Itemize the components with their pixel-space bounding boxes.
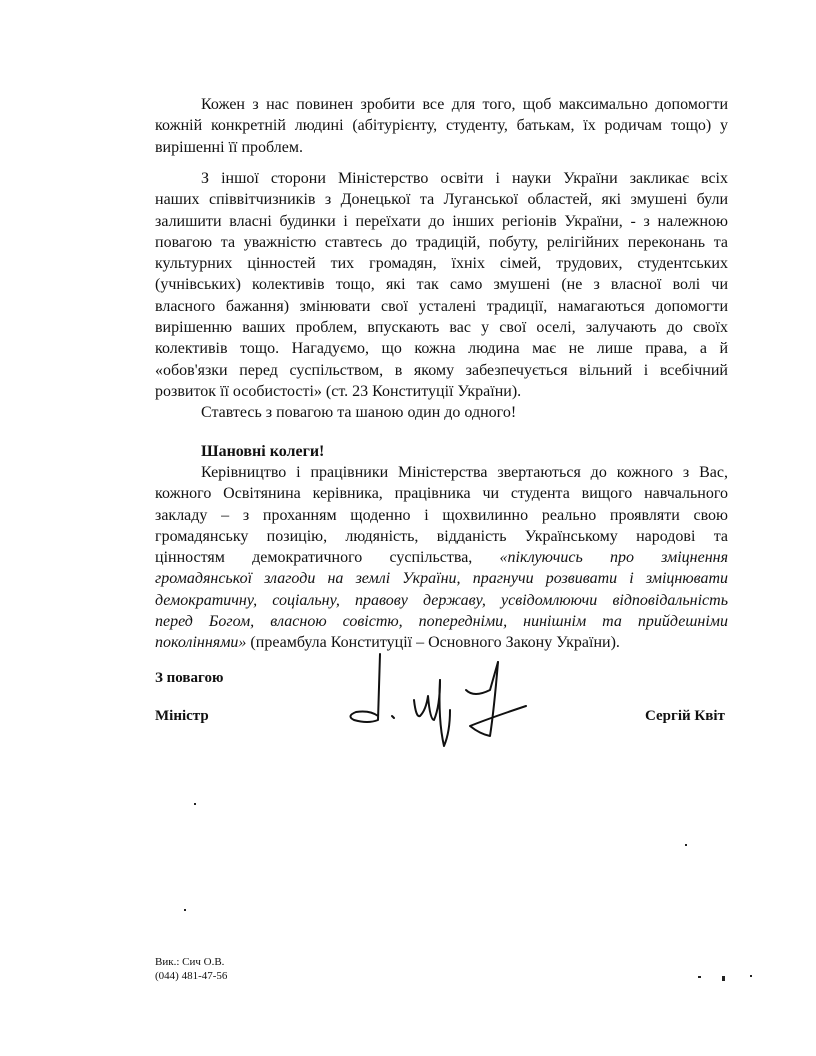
text-line: кожного Освітянина керівника, працівника… — [155, 483, 728, 504]
scan-speck — [184, 909, 186, 911]
text-line: вирішенню ваших проблем, впускають вас у… — [155, 317, 728, 338]
quote-line: перед Богом, власною совістю, попереднім… — [155, 611, 728, 632]
executor-phone: (044) 481-47-56 — [155, 969, 227, 983]
closing-regards: З повагою — [155, 670, 223, 687]
text-line: Кожен з нас повинен зробити все для того… — [155, 94, 728, 115]
text-line: власного бажання) змінювати свої устален… — [155, 296, 728, 317]
paragraph-4: Керівництво і працівники Міністерства зв… — [155, 462, 728, 654]
text-line: повагою та уважністю ставтесь до традиці… — [155, 232, 728, 253]
text-line: З іншої сторони Міністерство освіти і на… — [155, 168, 728, 189]
scan-speck — [194, 803, 196, 805]
text-line: «обов'язки перед суспільством, в якому з… — [155, 360, 728, 381]
text-line: колективів тощо. Нагадуємо, що кожна люд… — [155, 338, 728, 359]
scan-speck — [722, 976, 725, 981]
paragraph-2: З іншої сторони Міністерство освіти і на… — [155, 168, 728, 402]
text-line: Керівництво і працівники Міністерства зв… — [155, 462, 728, 483]
text-line: кожній конкретній людині (абітурієнту, с… — [155, 115, 728, 136]
text-line: культурних цінностей тих громадян, їхніх… — [155, 253, 728, 274]
quote-end-italic: поколіннями» — [155, 634, 246, 651]
text-line: Ставтесь з повагою та шаною один до одно… — [155, 402, 728, 423]
text-line: (учнівських) колективів тощо, які так са… — [155, 274, 728, 295]
signatory-title: Міністр — [155, 708, 209, 725]
text-line: залишити власні будинки і переїхати до і… — [155, 211, 728, 232]
text-line: громадянську позицію, людяність, віддані… — [155, 526, 728, 547]
paragraph-3: Ставтесь з повагою та шаною один до одно… — [155, 402, 728, 423]
scan-speck — [685, 844, 687, 846]
greeting-text: Шановні колеги! — [155, 441, 728, 462]
text-line-mixed: цінностям демократичного суспільства, «п… — [155, 547, 728, 568]
paragraph-1: Кожен з нас повинен зробити все для того… — [155, 94, 728, 158]
text-line: закладу – з проханням щоденно і щохвилин… — [155, 505, 728, 526]
citation: (преамбула Конституції – Основного Закон… — [246, 634, 620, 651]
greeting: Шановні колеги! — [155, 441, 728, 462]
executor-footer: Вик.: Сич О.В. (044) 481-47-56 — [155, 955, 227, 983]
text-line: наших співвітчизників з Донецької та Луг… — [155, 189, 728, 210]
scan-speck — [750, 975, 752, 977]
signatory-name: Сергій Квіт — [645, 708, 725, 725]
text-plain: цінностям демократичного суспільства, — [155, 549, 472, 566]
text-line: вирішенні її проблем. — [155, 137, 728, 158]
executor-name: Вик.: Сич О.В. — [155, 955, 227, 969]
document-page: Кожен з нас повинен зробити все для того… — [0, 0, 816, 1056]
quote-line: громадянської злагоди на землі України, … — [155, 568, 728, 589]
text-quote-italic: «піклуючись про зміцнення — [500, 549, 728, 566]
handwritten-signature-icon — [340, 650, 540, 750]
text-line: розвиток її особистості» (ст. 23 Констит… — [155, 381, 728, 402]
scan-speck — [698, 976, 701, 978]
quote-line: демократичну, соціальну, правову державу… — [155, 590, 728, 611]
